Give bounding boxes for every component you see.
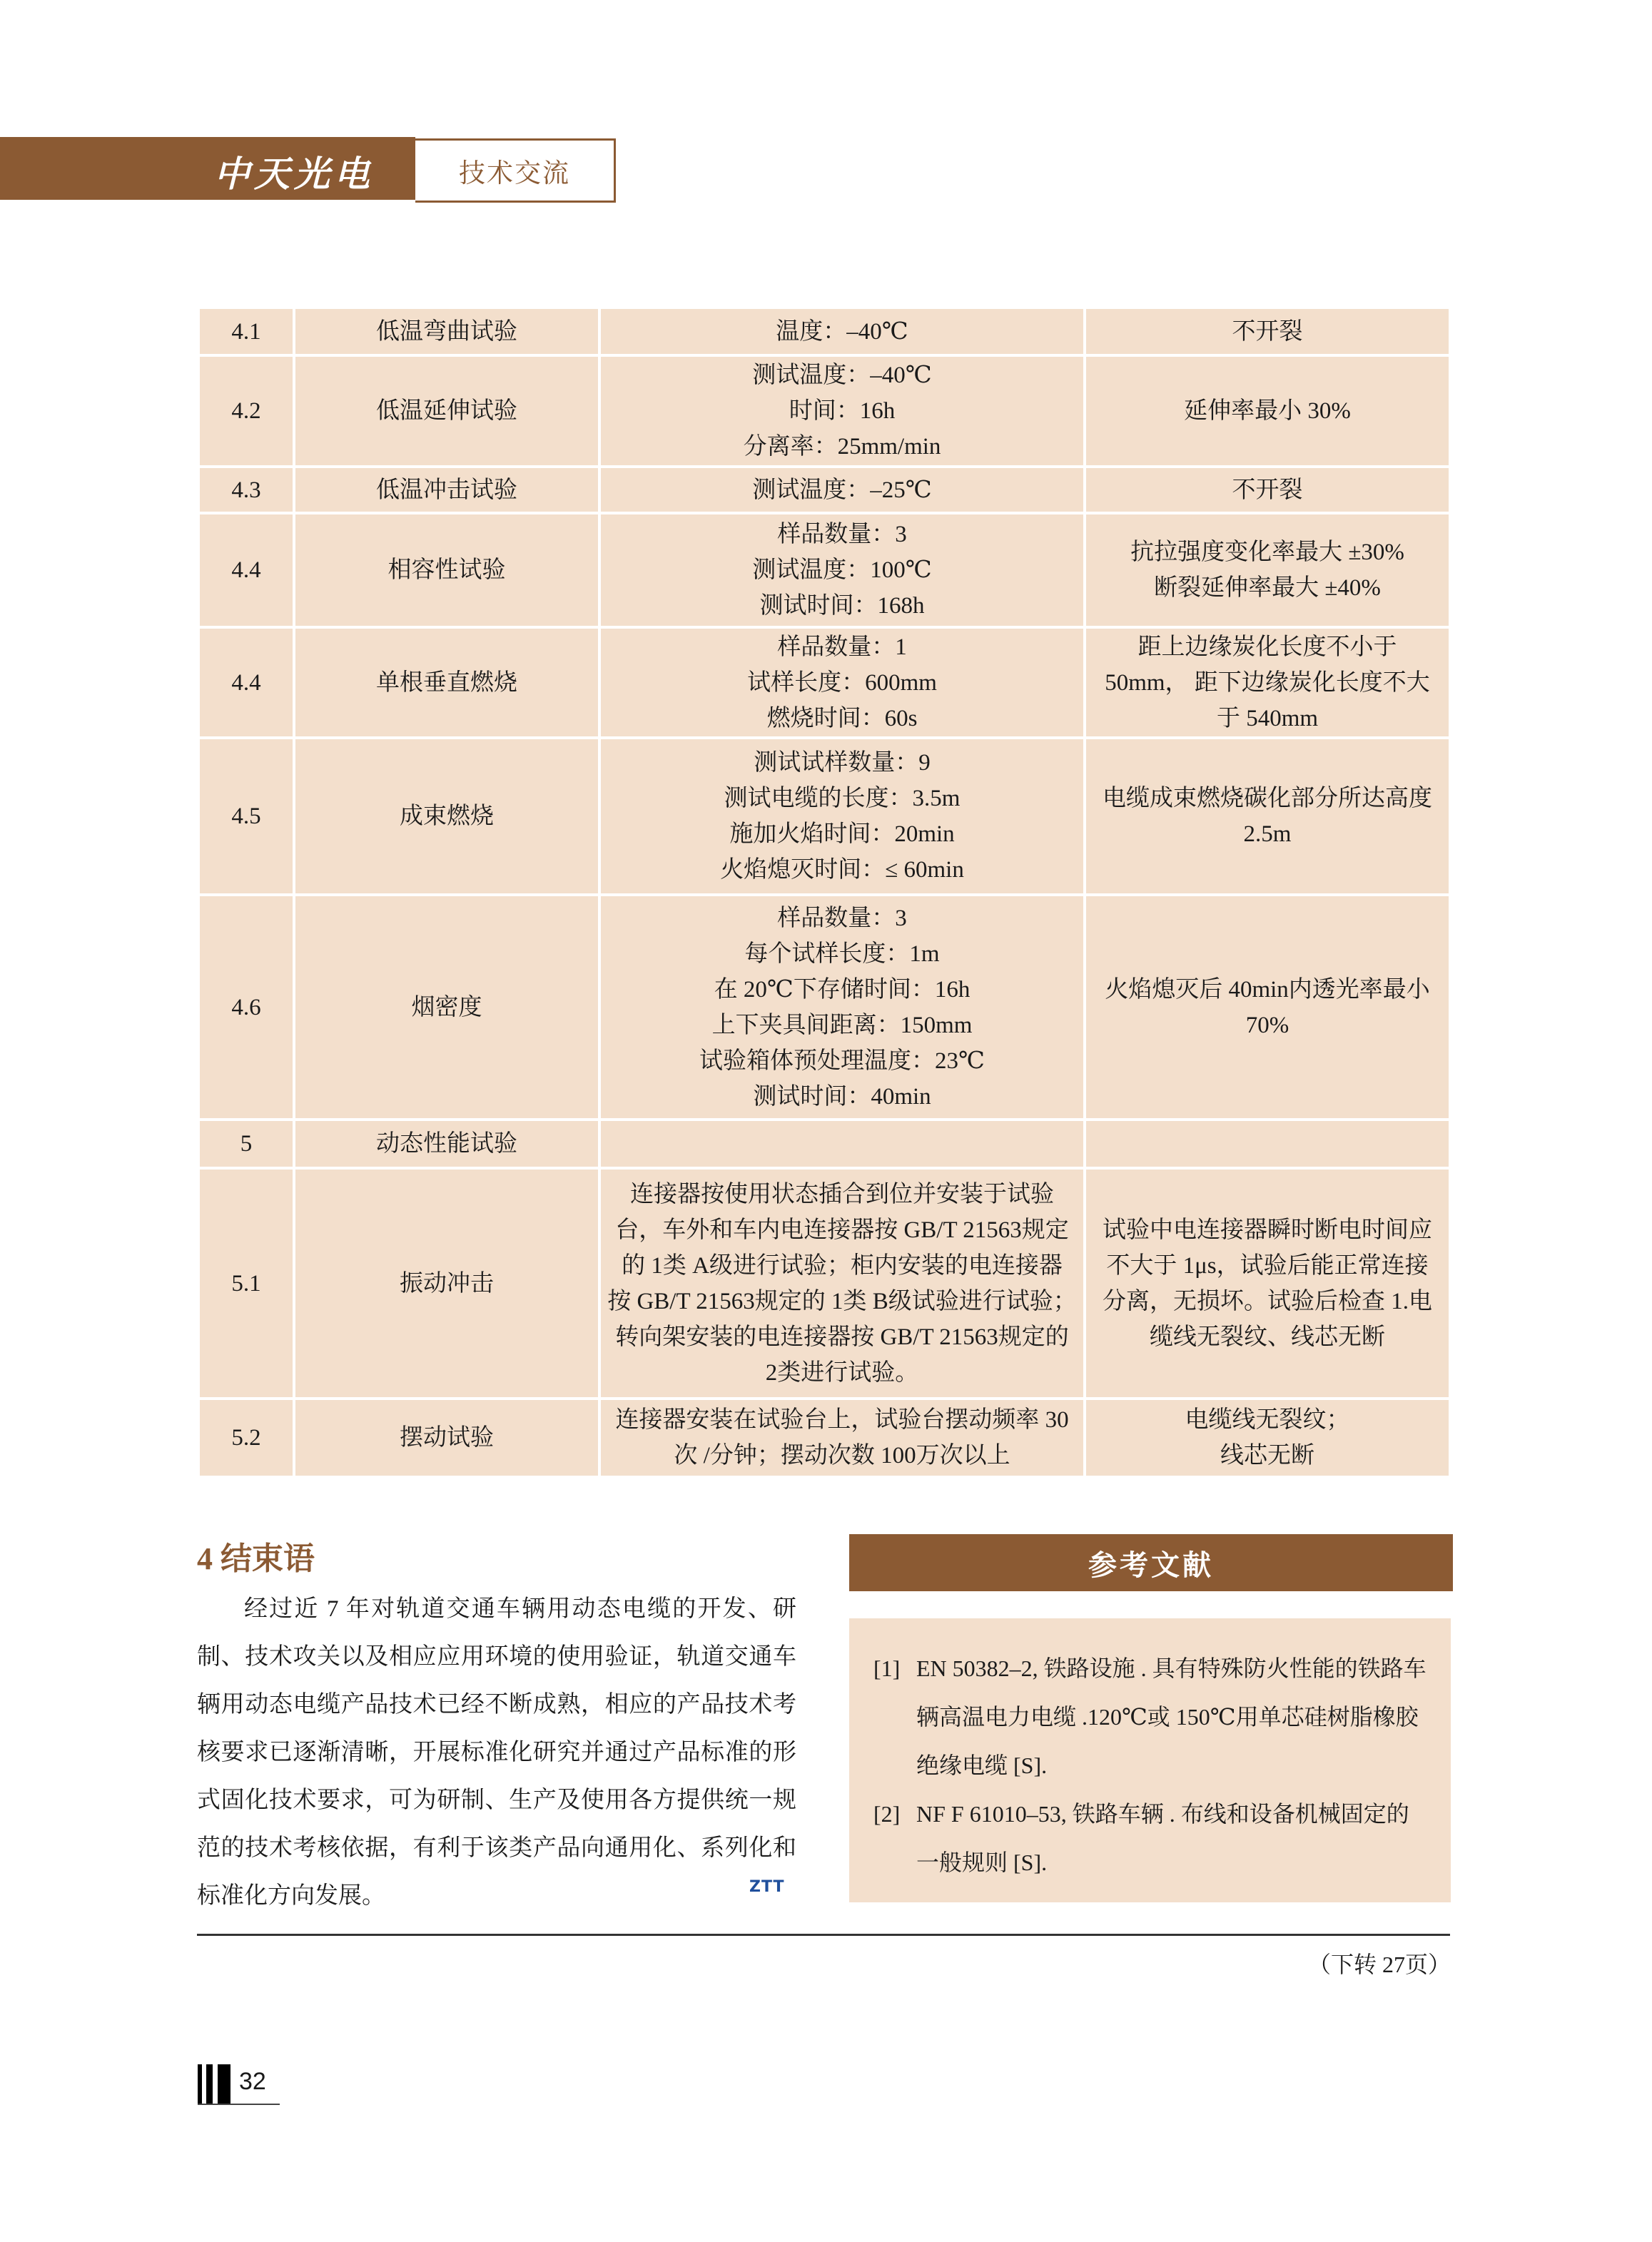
references-title: 参考文献 [1088,1543,1214,1583]
item-number-cell: 4.2 [198,355,294,467]
requirement-line: 于 540mm [1088,701,1447,736]
requirement-line: 50mm， 距下边缘炭化长度不大 [1088,665,1447,701]
test-name-cell: 振动冲击 [294,1168,599,1399]
table-row: 4.4相容性试验样品数量：3测试温度：100℃测试时间：168h抗拉强度变化率最… [198,513,1450,627]
condition-line: 测试温度：100℃ [602,552,1082,588]
condition-line: 样品数量：3 [602,517,1082,552]
test-conditions-cell [599,1120,1085,1168]
test-name-cell: 烟密度 [294,895,599,1120]
conclusion-text: 经过近 7 年对轨道交通车辆用动态电缆的开发、研制、技术攻关以及相应应用环境的使… [197,1586,796,1920]
test-name-cell: 低温弯曲试验 [294,308,599,355]
table-row: 4.4单根垂直燃烧样品数量：1试样长度：600mm燃烧时间：60s距上边缘炭化长… [198,627,1450,738]
condition-line: 样品数量：3 [602,901,1082,936]
condition-line: 每个试样长度：1m [602,936,1082,972]
requirements-cell [1085,1120,1450,1168]
item-number-cell: 5 [198,1120,294,1168]
table-row: 5.2摆动试验连接器安装在试验台上，试验台摆动频率 30次 /分钟；摆动次数 1… [198,1399,1450,1477]
test-conditions-cell: 样品数量：3测试温度：100℃测试时间：168h [599,513,1085,627]
requirement-line: 缆线无裂纹、线芯无断 [1088,1319,1447,1355]
ztt-logo: ZTT [749,1878,784,1896]
item-number-cell: 5.1 [198,1168,294,1399]
requirement-line: 70% [1088,1008,1447,1043]
condition-line: 连接器安装在试验台上，试验台摆动频率 30 [602,1402,1082,1438]
requirements-cell: 试验中电连接器瞬时断电时间应不大于 1μs，试验后能正常连接分离，无损坏。试验后… [1085,1168,1450,1399]
requirement-line: 抗拉强度变化率最大 ±30% [1088,534,1447,570]
condition-line: 连接器按使用状态插合到位并安装于试验 [602,1177,1082,1212]
requirements-cell: 火焰熄灭后 40min内透光率最小70% [1085,895,1450,1120]
item-number-cell: 4.5 [198,738,294,895]
test-name-cell: 低温冲击试验 [294,467,599,513]
condition-line: 试验箱体预处理温度：23℃ [602,1043,1082,1079]
condition-line: 2类进行试验。 [602,1355,1082,1391]
reference-text: NF F 61010–53, 铁路车辆 . 布线和设备机械固定的一般规则 [S]… [916,1790,1430,1887]
table-row: 4.3低温冲击试验测试温度：–25℃不开裂 [198,467,1450,513]
table-row: 5动态性能试验 [198,1120,1450,1168]
requirement-line: 断裂延伸率最大 ±40% [1088,570,1447,606]
item-number-cell: 5.2 [198,1399,294,1477]
condition-line: 测试时间：40min [602,1079,1082,1115]
references-list: [1] EN 50382–2, 铁路设施 . 具有特殊防火性能的铁路车辆高温电力… [873,1644,1430,1887]
condition-line: 施加火焰时间：20min [602,816,1082,852]
test-conditions-cell: 测试温度：–25℃ [599,467,1085,513]
item-number-cell: 4.1 [198,308,294,355]
test-conditions-cell: 连接器按使用状态插合到位并安装于试验台，车外和车内电连接器按 GB/T 2156… [599,1168,1085,1399]
condition-line: 时间：16h [602,393,1082,429]
condition-line: 测试电缆的长度：3.5m [602,781,1082,816]
condition-line: 测试温度：–40℃ [602,357,1082,393]
condition-line: 样品数量：1 [602,629,1082,665]
table-row: 4.6烟密度样品数量：3每个试样长度：1m在 20℃下存储时间：16h上下夹具间… [198,895,1450,1120]
requirements-cell: 不开裂 [1085,467,1450,513]
condition-line: 测试试样数量：9 [602,745,1082,781]
table-row: 4.5成束燃烧测试试样数量：9测试电缆的长度：3.5m施加火焰时间：20min火… [198,738,1450,895]
item-number-cell: 4.6 [198,895,294,1120]
conclusion-paragraph: 经过近 7 年对轨道交通车辆用动态电缆的开发、研制、技术攻关以及相应应用环境的使… [197,1586,796,1920]
test-name-cell: 单根垂直燃烧 [294,627,599,738]
brand-logo-text: 中天光电 [214,146,374,197]
test-conditions-cell: 连接器安装在试验台上，试验台摆动频率 30次 /分钟；摆动次数 100万次以上 [599,1399,1085,1477]
footer-divider [197,1934,1450,1936]
test-name-cell: 成束燃烧 [294,738,599,895]
requirement-line: 延伸率最小 30% [1088,393,1447,429]
requirement-line: 2.5m [1088,816,1447,852]
item-number-cell: 4.3 [198,467,294,513]
condition-line: 测试时间：168h [602,588,1082,624]
condition-line: 次 /分钟；摆动次数 100万次以上 [602,1438,1082,1473]
reference-number: [2] [873,1790,916,1887]
test-spec-table: 4.1低温弯曲试验温度：–40℃不开裂4.2低温延伸试验测试温度：–40℃时间：… [197,306,1451,1478]
reference-item: [2] NF F 61010–53, 铁路车辆 . 布线和设备机械固定的一般规则… [873,1790,1430,1887]
test-name-cell: 动态性能试验 [294,1120,599,1168]
table-row: 4.1低温弯曲试验温度：–40℃不开裂 [198,308,1450,355]
reference-number: [1] [873,1644,916,1790]
condition-line: 温度：–40℃ [602,314,1082,350]
item-number-cell: 4.4 [198,513,294,627]
requirement-line: 电缆线无裂纹； [1088,1402,1447,1438]
requirement-line: 试验中电连接器瞬时断电时间应 [1088,1212,1447,1248]
requirements-cell: 电缆成束燃烧碳化部分所达高度2.5m [1085,738,1450,895]
condition-line: 火焰熄灭时间：≤ 60min [602,852,1082,888]
test-conditions-cell: 测试试样数量：9测试电缆的长度：3.5m施加火焰时间：20min火焰熄灭时间：≤… [599,738,1085,895]
reference-item: [1] EN 50382–2, 铁路设施 . 具有特殊防火性能的铁路车辆高温电力… [873,1644,1430,1790]
requirements-cell: 延伸率最小 30% [1085,355,1450,467]
test-name-cell: 低温延伸试验 [294,355,599,467]
references-heading: 参考文献 [849,1534,1453,1591]
condition-line: 在 20℃下存储时间：16h [602,972,1082,1008]
condition-line: 试样长度：600mm [602,665,1082,701]
requirement-line: 电缆成束燃烧碳化部分所达高度 [1088,781,1447,816]
requirement-line: 距上边缘炭化长度不小于 [1088,629,1447,665]
requirement-line: 不开裂 [1088,472,1447,508]
condition-line: 上下夹具间距离：150mm [602,1008,1082,1043]
condition-line: 按 GB/T 21563规定的 1类 B级试验进行试验； [602,1284,1082,1319]
header-brand-bar: 中天光电 [0,137,415,200]
condition-line: 燃烧时间：60s [602,701,1082,736]
table-row: 4.2低温延伸试验测试温度：–40℃时间：16h分离率：25mm/min延伸率最… [198,355,1450,467]
test-conditions-cell: 温度：–40℃ [599,308,1085,355]
requirements-cell: 电缆线无裂纹；线芯无断 [1085,1399,1450,1477]
condition-line: 测试温度：–25℃ [602,472,1082,508]
condition-line: 分离率：25mm/min [602,429,1082,465]
continued-note: （下转 27页） [1308,1947,1451,1979]
section-label: 技术交流 [459,151,570,190]
condition-line: 台，车外和车内电连接器按 GB/T 21563规定 [602,1212,1082,1248]
section-label-box: 技术交流 [415,138,616,203]
requirement-line: 线芯无断 [1088,1438,1447,1473]
condition-line: 转向架安装的电连接器按 GB/T 21563规定的 [602,1319,1082,1355]
references-box: [1] EN 50382–2, 铁路设施 . 具有特殊防火性能的铁路车辆高温电力… [849,1618,1451,1902]
requirement-line: 火焰熄灭后 40min内透光率最小 [1088,972,1447,1008]
table-row: 5.1振动冲击连接器按使用状态插合到位并安装于试验台，车外和车内电连接器按 GB… [198,1168,1450,1399]
page-number: 32 [239,2068,266,2096]
requirements-cell: 距上边缘炭化长度不小于50mm， 距下边缘炭化长度不大于 540mm [1085,627,1450,738]
requirements-cell: 抗拉强度变化率最大 ±30%断裂延伸率最大 ±40% [1085,513,1450,627]
requirement-line: 不大于 1μs，试验后能正常连接 [1088,1248,1447,1284]
test-name-cell: 摆动试验 [294,1399,599,1477]
requirements-cell: 不开裂 [1085,308,1450,355]
test-conditions-cell: 测试温度：–40℃时间：16h分离率：25mm/min [599,355,1085,467]
test-conditions-cell: 样品数量：3每个试样长度：1m在 20℃下存储时间：16h上下夹具间距离：150… [599,895,1085,1120]
condition-line: 的 1类 A级进行试验；柜内安装的电连接器 [602,1248,1082,1284]
requirement-line: 不开裂 [1088,314,1447,350]
requirement-line: 分离，无损坏。试验后检查 1.电 [1088,1284,1447,1319]
test-name-cell: 相容性试验 [294,513,599,627]
section-heading: 4 结束语 [197,1533,315,1578]
test-conditions-cell: 样品数量：1试样长度：600mm燃烧时间：60s [599,627,1085,738]
item-number-cell: 4.4 [198,627,294,738]
reference-text: EN 50382–2, 铁路设施 . 具有特殊防火性能的铁路车辆高温电力电缆 .… [916,1644,1430,1790]
